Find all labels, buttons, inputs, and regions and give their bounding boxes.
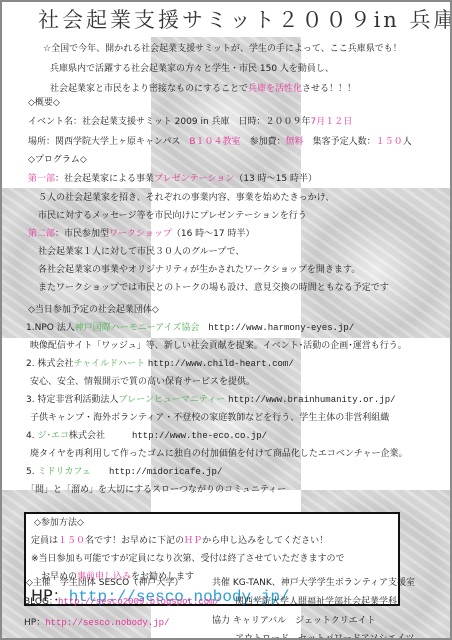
part-1-desc-2: 市民に対するメッセージ等を市民向けにプレゼンテーションを行う <box>38 211 307 222</box>
capacity: １５０ <box>376 137 403 147</box>
cohost-line-2: 関西学院大学人間福祉学部社会起業学科 <box>235 597 397 608</box>
overview-heading: ◇概要◇ <box>28 98 60 109</box>
room: B１０４教室 <box>189 137 240 147</box>
org-item-2: 2. 株式会社チャイルドハート http://www.child-heart.c… <box>26 359 294 370</box>
program-heading: ◇プログラム◇ <box>28 155 87 166</box>
part-2-desc-3: またワークショップでは市民とのトークの場も設け、意見交換の時間ともなる予定です <box>38 283 389 294</box>
event-date: 7月１２日 <box>311 117 353 127</box>
participation-heading: ◇参加方法◇ <box>34 518 84 529</box>
org-item-1: 1.NPO 法人神戸国際ハーモニーアイズ協会 http://www.harmon… <box>26 323 354 334</box>
org-desc-5: 「間」と「溜め」を大切にするスローつながりのコミュニティー <box>26 485 286 496</box>
org-item-5: 5. ミドリカフェ http://midoricafe.jp/ <box>26 467 222 478</box>
event-info: イベント名：社会起業支援サミット 2009 in 兵庫 日時：２００９年7月１２… <box>28 117 352 128</box>
program-part-2: 第二部：市民参加型ワークショップ（16 時～17 時半） <box>28 229 255 240</box>
org-link[interactable]: http://www.brainhumanity.or.jp/ <box>228 395 395 405</box>
place-info: 場所：関西学院大学上ヶ原キャンパス B１０４教室 参加費：無料 集客予定人数：１… <box>28 137 412 148</box>
org-desc-4: 廃タイヤを再利用して作ったゴムに独自の付加価値を付けて商品化したエコベンチャー企… <box>30 449 408 460</box>
intro-line-1: ☆全国で今年、開かれる社会起業支援サミットが、学生の手によって、ここ兵庫県でも！ <box>43 44 402 55</box>
intro-line-3: 社会起業家と市民をより密接なものにすることで兵庫を活性化させる！！！ <box>50 84 356 95</box>
org-item-3: 3. 特定非営利活動法人ブレーンヒューマニティー http://www.brai… <box>26 395 396 406</box>
org-desc-2: 安心、安全、情報開示で質の高い保育サービスを提供。 <box>30 377 255 388</box>
org-link[interactable]: http://midoricafe.jp/ <box>109 467 222 477</box>
org-link[interactable]: http://www.child-heart.com/ <box>148 359 294 369</box>
highlight-text: 兵庫を活性化 <box>248 84 302 94</box>
org-desc-1: 映像配信サイト「ワッジュ」等、新しい社会貢献を提案。イベント･活動の企画･運営も… <box>30 341 407 352</box>
fee: 無料 <box>286 137 304 147</box>
intro-line-2: 兵庫県内で活躍する社会起業家の方々と学生・市民 150 人を動員し、 <box>50 64 334 75</box>
page-title: 社会起業支援サミット２００９in 兵庫 <box>38 7 452 33</box>
blog-link[interactable]: http://sesco2009.blogspot.com/ <box>58 597 220 607</box>
organizer: ◇主催 学生団体 SESCO（神戸大学） <box>26 578 183 589</box>
program-part-1: 第一部：社会起業家による事業プレゼンテーション（13 時～15 時半） <box>28 174 317 185</box>
part-2-desc-2: 各社会起業家の事業やオリジナリティが生かされたワークショップを開きます。 <box>38 265 360 276</box>
hp-line: HP：http://sesco.nobody.jp/ <box>24 618 169 629</box>
support-line-2: アウトロード セットパワードアソシエイツ <box>235 634 415 640</box>
cohost-line-1: 共催 KG-TANK、神戸大学学生ボランティア支援室 <box>212 578 415 589</box>
participation-box: ◇参加方法◇ 定員は１５０名です！お早めに下記のＨＰから申し込みをしてください！… <box>24 512 400 606</box>
participation-line-2: ※当日参加も可能ですが定員になり次第、受付は終了させていただきますので <box>31 554 345 565</box>
org-item-4: 4. ジ･エコ株式会社 http://www.the-eco.co.jp/ <box>26 431 267 442</box>
part-1-desc-1: ５人の社会起業家を招き、それぞれの事業内容、事業を始めたきっかけ、 <box>38 193 334 204</box>
blog-line: BLOG：http://sesco2009.blogspot.com/ <box>24 597 220 608</box>
part-2-desc-1: 社会起業家１人に対して市民３０人のグループで、 <box>38 247 244 258</box>
org-link[interactable]: http://www.harmony-eyes.jp/ <box>208 323 354 333</box>
org-link[interactable]: http://www.the-eco.co.jp/ <box>132 431 267 441</box>
org-desc-3: 子供キャンプ・海外ボランティア・不登校の家庭教師などを行う、学生主体の非営利組織 <box>30 413 389 424</box>
hp-link[interactable]: http://sesco.nobody.jp/ <box>45 618 169 628</box>
participation-line-1: 定員は１５０名です！お早めに下記のＨＰから申し込みをしてください！ <box>31 536 328 547</box>
organizations-heading: ◇当日参加予定の社会起業団体◇ <box>28 305 159 316</box>
support-line-1: 協力 キャリアバル ジェットクリエイト <box>212 616 376 627</box>
flyer-page: 社会起業支援サミット２００９in 兵庫 ☆全国で今年、開かれる社会起業支援サミッ… <box>0 0 452 640</box>
